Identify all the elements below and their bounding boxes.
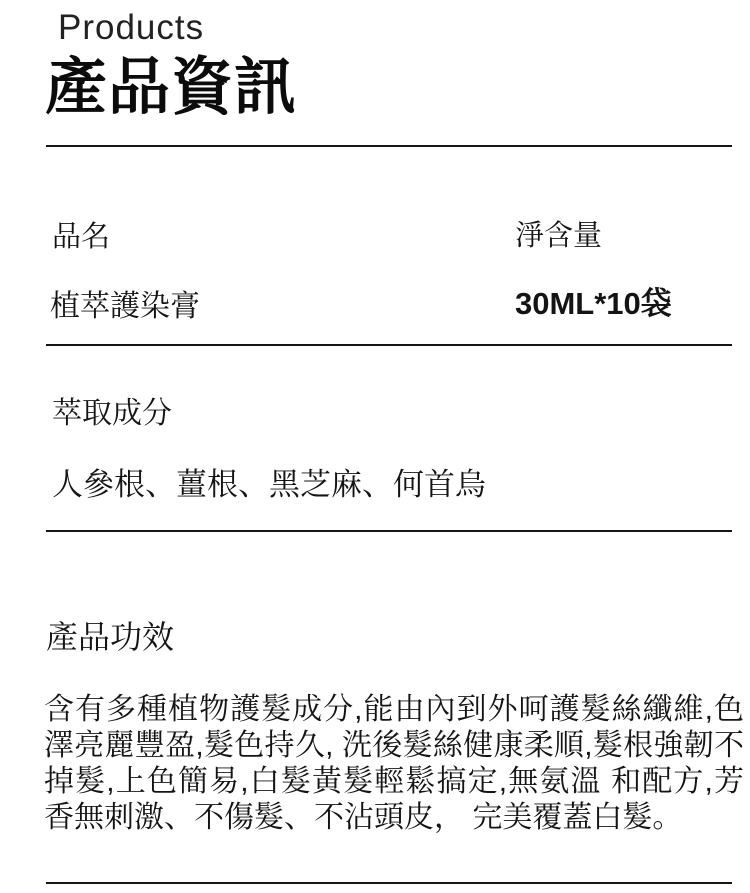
ingredients-label: 萃取成分 [52,397,172,431]
page-title: 產品資訊 [45,52,297,124]
divider [46,882,732,884]
product-name-label: 品名 [52,221,110,253]
divider [46,344,732,346]
product-info-panel: Products 產品資訊 品名 淨含量 植萃護染膏 30ML*10袋 萃取成分… [0,0,750,893]
net-content-label: 淨含量 [515,220,602,252]
divider [46,530,732,532]
ingredients-value: 人參根、薑根、黑芝麻、何首烏 [52,467,486,503]
divider [46,145,732,147]
efficacy-label: 產品功效 [46,620,174,654]
net-content-value: 30ML*10袋 [515,287,672,321]
efficacy-text: 含有多種植物護髮成分,能由內到外呵護髮絲纖維,色澤亮麗豐盈,髮色持久, 洗後髮絲… [44,692,744,836]
section-eyebrow: Products [58,6,204,50]
product-name-value: 植萃護染膏 [50,290,200,324]
